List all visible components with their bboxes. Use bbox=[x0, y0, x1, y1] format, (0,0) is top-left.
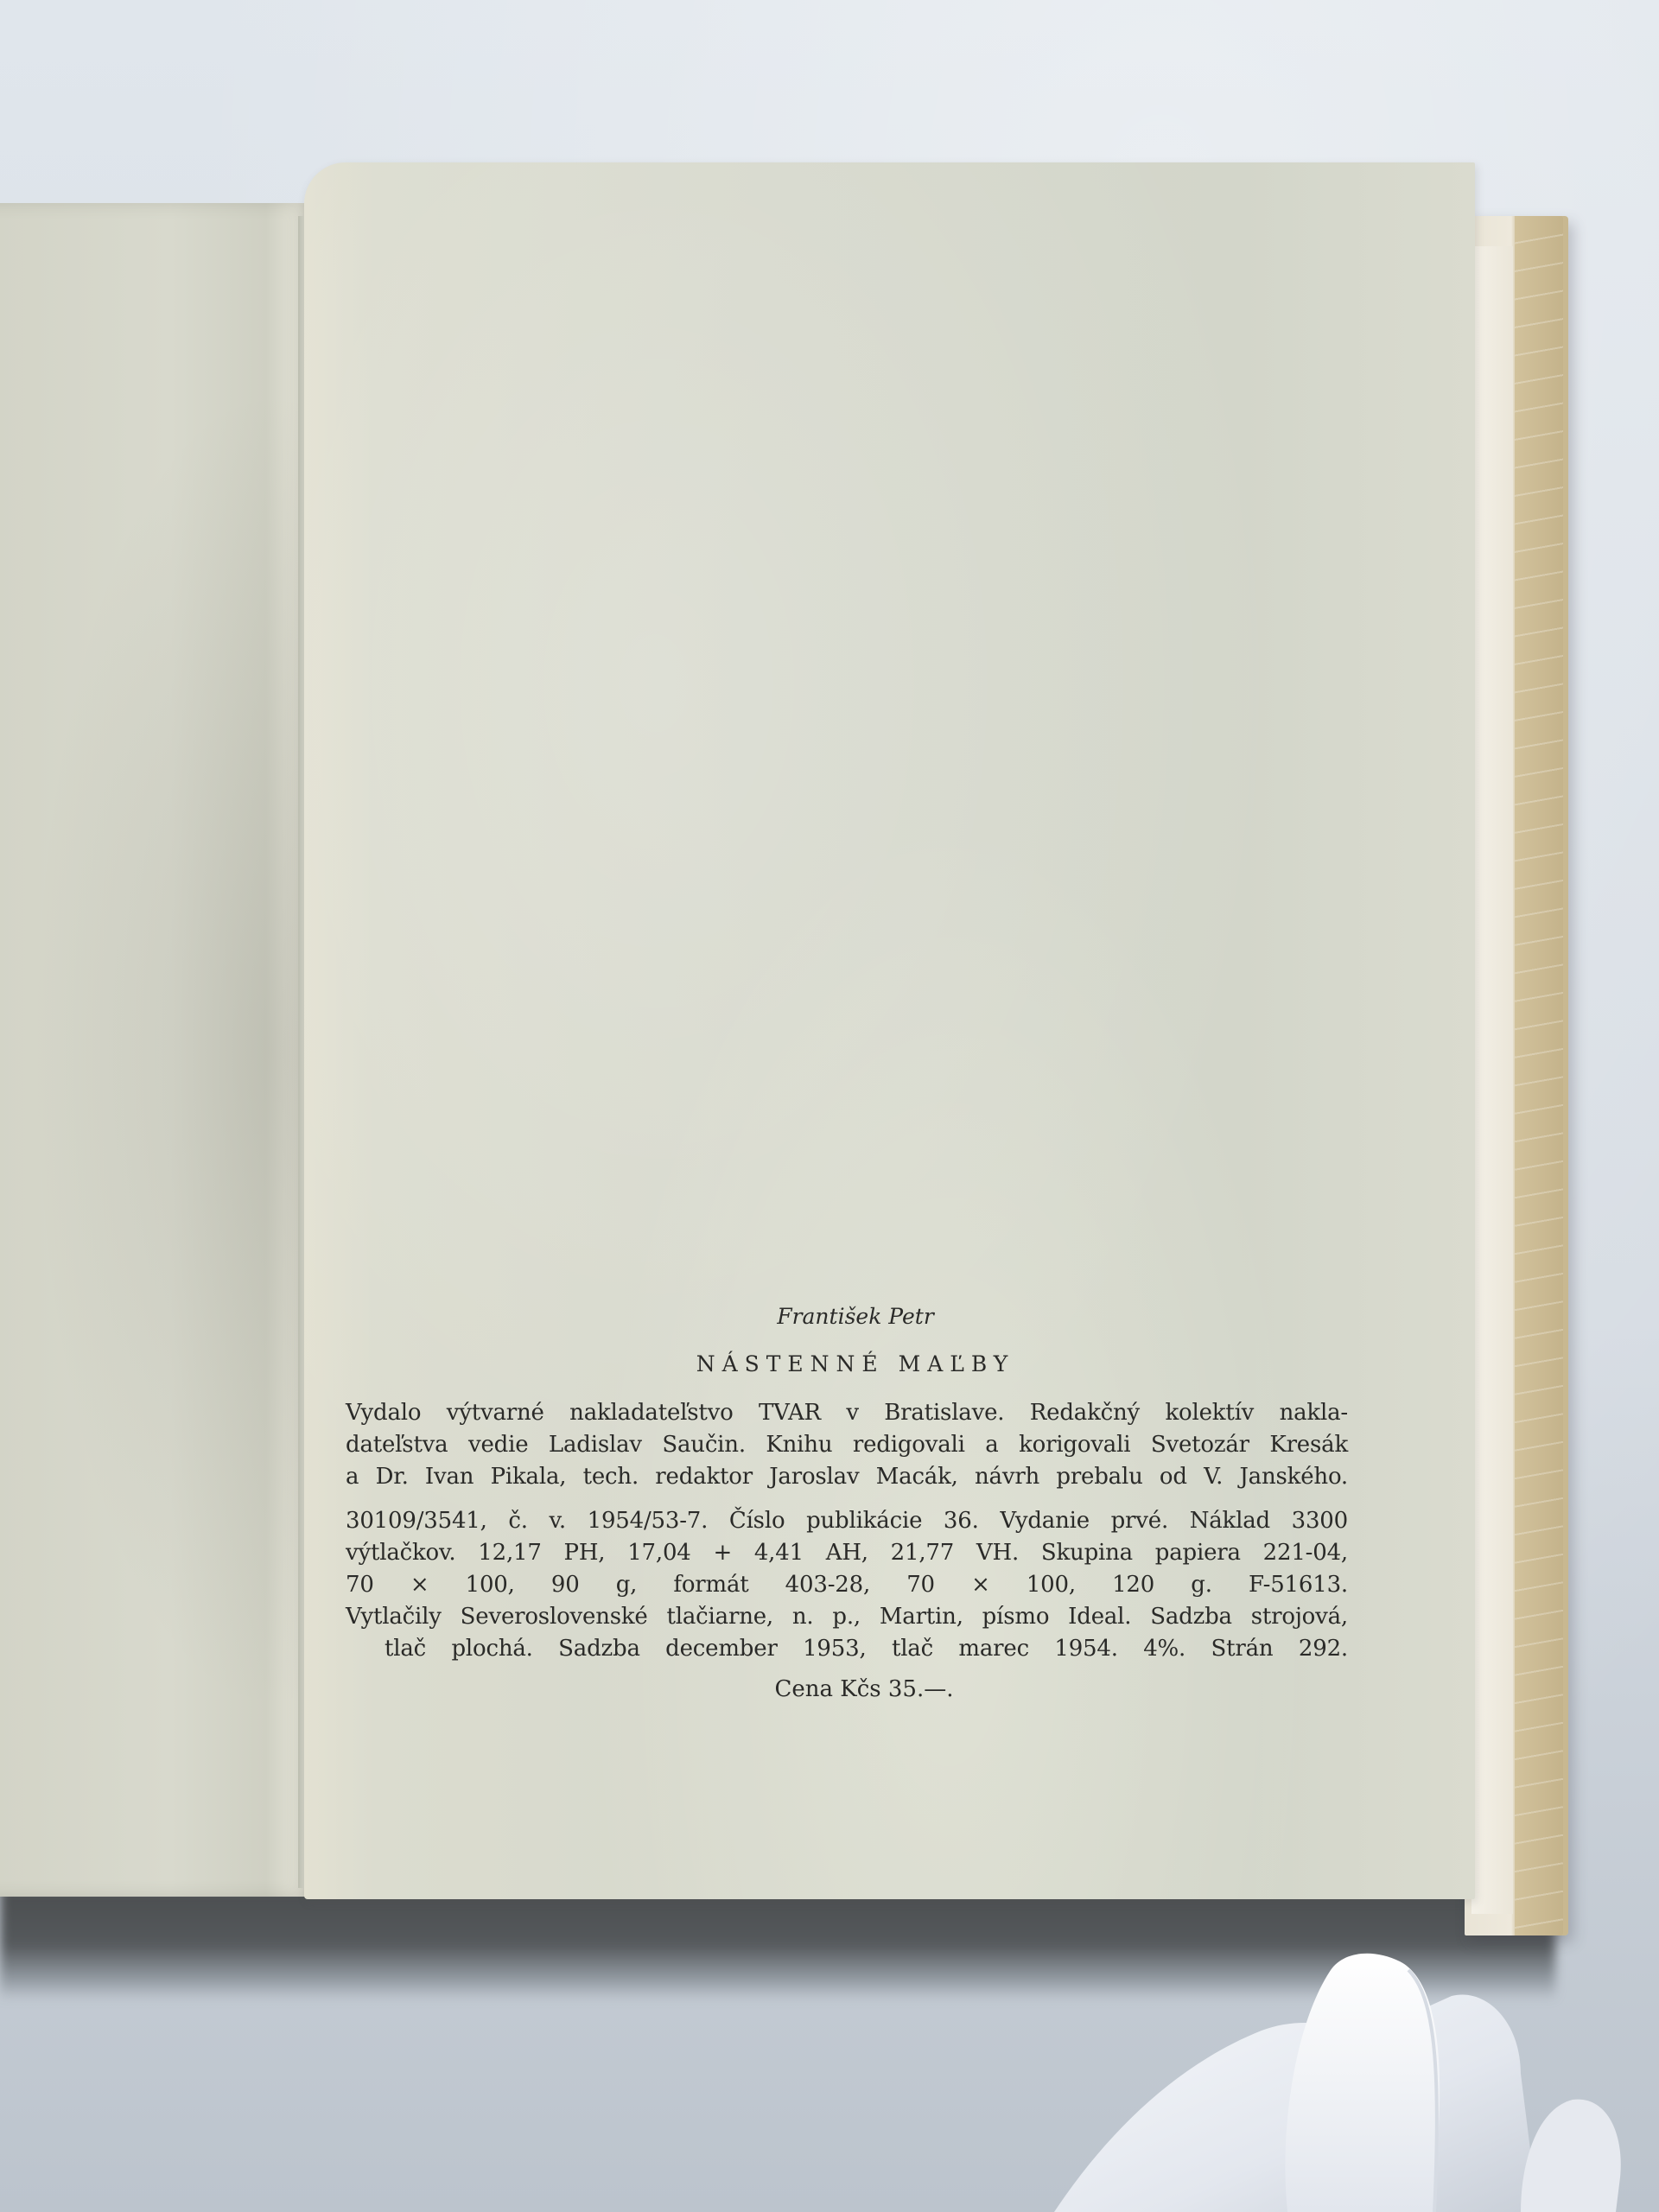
print-line: 70 × 100, 90 g, formát 403-28, 70 × 100,… bbox=[346, 1569, 1348, 1601]
author-name: František Petr bbox=[363, 1300, 1348, 1332]
print-line: Vytlačily Severoslovenské tlačiarne, n. … bbox=[346, 1601, 1348, 1633]
price-line: Cena Kčs 35.—. bbox=[380, 1674, 1348, 1706]
cover-board-edge bbox=[1515, 216, 1563, 1935]
print-line: 30109/3541, č. v. 1954/53-7. Číslo publi… bbox=[346, 1505, 1348, 1537]
book-back-cover bbox=[1465, 216, 1568, 1935]
publisher-line: a Dr. Ivan Pikala, tech. redaktor Jarosl… bbox=[346, 1461, 1348, 1493]
print-line: výtlačkov. 12,17 PH, 17,04 + 4,41 AH, 21… bbox=[346, 1537, 1348, 1569]
print-details-paragraph: 30109/3541, č. v. 1954/53-7. Číslo publi… bbox=[346, 1505, 1348, 1665]
publisher-paragraph: Vydalo výtvarné nakladateľstvo TVAR v Br… bbox=[346, 1397, 1348, 1493]
cover-inner-lining bbox=[1471, 246, 1513, 1914]
publisher-line: Vydalo výtvarné nakladateľstvo TVAR v Br… bbox=[346, 1397, 1348, 1429]
left-page bbox=[0, 203, 307, 1897]
publisher-line: dateľstva vedie Ladislav Saučin. Knihu r… bbox=[346, 1429, 1348, 1461]
book-title: NÁSTENNÉ MAĽBY bbox=[363, 1348, 1348, 1380]
glove-icon bbox=[1002, 1849, 1659, 2212]
white-glove-hand bbox=[1002, 1849, 1659, 2212]
colophon-block: František Petr NÁSTENNÉ MAĽBY Vydalo výt… bbox=[346, 1300, 1348, 1706]
print-line: tlač plochá. Sadzba december 1953, tlač … bbox=[346, 1633, 1348, 1665]
